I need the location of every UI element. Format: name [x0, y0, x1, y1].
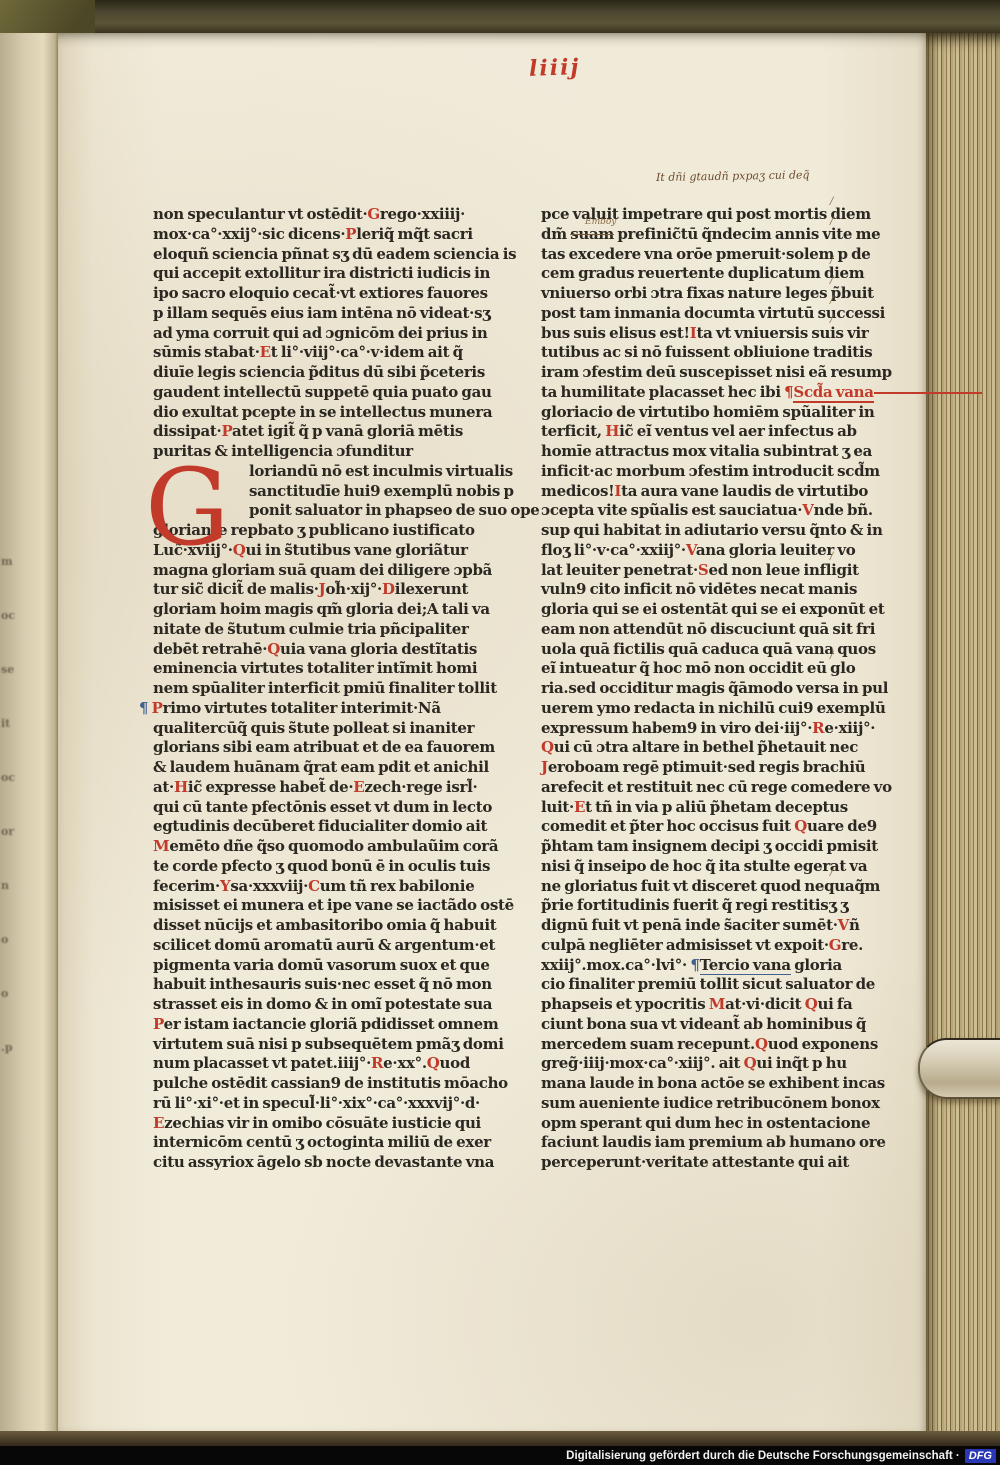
- binding-corner: [0, 0, 95, 33]
- text-line: nem spūaliter interficit pmiū finaliter …: [153, 679, 498, 699]
- text-line: habuit inthesauris suis·nec esset q̃ nō …: [153, 975, 498, 995]
- text-line: gaudent intellectū suppetē quia puato ga…: [153, 383, 498, 403]
- text-line: qualitercūq̃ quis s̃tute polleat si inan…: [153, 719, 498, 739]
- text-line: strasset eis in domo & in omĩ potestate …: [153, 995, 498, 1015]
- text-line: culpā negliēter admisisset vt expoit·Gre…: [541, 936, 884, 956]
- text-line: iram ɔfestim deū suscepisset nisi eã res…: [541, 363, 884, 383]
- folio-number: liiij: [529, 54, 581, 82]
- text-column-right: pce valuit impetrare qui post mortis die…: [541, 205, 884, 1173]
- mirrored-text-fragment: .p: [1, 1041, 17, 1054]
- text-line: inficit·ac morbum ɔfestim introducit scd…: [541, 462, 884, 482]
- margin-tick: /: [830, 295, 833, 306]
- text-line: rū li°·xi°·et in specul̃·li°·xix°·ca°·xx…: [153, 1094, 498, 1114]
- manuscript-page: liiij It dñi gtaudñ pxpaʒ cui deq̃ Emboy…: [58, 33, 926, 1431]
- text-line: scilicet domū aromatū aurū & argentum·et: [153, 936, 498, 956]
- mirrored-text-fragment: m: [1, 555, 17, 568]
- margin-tick: /: [830, 216, 833, 227]
- text-line: dignū fuit vt penā inde s̃aciter sumēt·V…: [541, 916, 884, 936]
- text-line: num placasset vt patet.iiij°·Re·xx°.Quod: [153, 1054, 498, 1074]
- text-line: eĩ intueatur q̃ hoc mō non occidit eū gl…: [541, 659, 884, 679]
- dfg-logo: DFG: [965, 1449, 996, 1463]
- text-line: expressum habem9 in viro dei·iij°·Re·xii…: [541, 719, 884, 739]
- text-line: citu assyriox āgelo sb nocte devastante …: [153, 1153, 498, 1173]
- text-line: p̃htam tam insignem decipi ʒ occidi pmis…: [541, 837, 884, 857]
- text-line: tutibus ac si nō fuissent obliuione trad…: [541, 343, 884, 363]
- text-line: non speculantur vt ostēdit·Grego·xxiiij·: [153, 205, 498, 225]
- mirrored-text-fragment: o: [1, 933, 17, 946]
- text-line: sum aueniente iudice retribucōnem bonox: [541, 1094, 884, 1114]
- text-line: Jeroboam regē ptimuit·sed regis brachiū: [541, 758, 884, 778]
- page-holder-clip: [918, 1038, 1000, 1099]
- text-line: terficit, Hic̃ eĩ ventus vel aer infectu…: [541, 422, 884, 442]
- text-line: dm̃ suam prefinic̃tū q̃ndecim annis vite…: [541, 225, 884, 245]
- text-line: medicos!Ita aura vane laudis de virtutib…: [541, 482, 884, 502]
- text-line: phapseis et ypocritis Mat·vi·dicit Qui f…: [541, 995, 884, 1015]
- margin-tick: /: [830, 255, 833, 266]
- text-line: bus suis elisus est!Ita vt vniuersis sui…: [541, 324, 884, 344]
- text-line: ta humilitate placasset hec ibi ¶Scd̃a v…: [541, 383, 884, 403]
- text-line: ad yma corruit qui ad ɔgnicōm dei prius …: [153, 324, 498, 344]
- margin-tick: /: [830, 867, 833, 878]
- text-line: vuln9 cito inficit nō vidētes necat mani…: [541, 580, 884, 600]
- margin-tick: /: [830, 196, 833, 207]
- text-line: opm sperant qui dum hec in ostentacione: [541, 1114, 884, 1134]
- text-line: eloquñ sciencia pñnat sʒ dū eadem scienc…: [153, 245, 498, 265]
- text-line: fecerim·Ysa·xxxviij·Cum tñ rex babilonie: [153, 877, 498, 897]
- text-line: ¶ Primo virtutes totaliter interimit·Nã: [153, 699, 498, 719]
- text-line: pigmenta varia domū vasorum suox et que: [153, 956, 498, 976]
- text-line: mox·ca°·xxij°·sic dicens·Pleriq̃ mq̃t sa…: [153, 225, 498, 245]
- margin-tick: /: [830, 551, 833, 562]
- margin-tick: /: [830, 314, 833, 325]
- text-line: faciunt laudis iam premium ab humano ore: [541, 1133, 884, 1153]
- digitization-credit: Digitalisierung gefördert durch die Deut…: [566, 1450, 960, 1462]
- text-line: internicōm centū ʒ octoginta miliū de ex…: [153, 1133, 498, 1153]
- text-line: ɔcepta vite spũalis est sauciatua·Vnde b…: [541, 501, 884, 521]
- mirrored-text-fragment: o: [1, 987, 17, 1000]
- book-fore-edge: [926, 33, 1000, 1445]
- text-line: p̃rie fortitudinis fuerit q̃ regi restit…: [541, 896, 884, 916]
- text-line: eam non attendūt nō discuciunt quā sit f…: [541, 620, 884, 640]
- text-line: & laudem huānam q̃rat eam pdit et anichi…: [153, 758, 498, 778]
- text-line: egtudinis decūberet fiducialiter domio a…: [153, 817, 498, 837]
- mirrored-text-fragment: oc: [1, 771, 17, 784]
- text-line: ipo sacro eloquio cecat̃·vt extiores fau…: [153, 284, 498, 304]
- text-line: at·Hic̃ expresse habet̃ de·Ezech·rege is…: [153, 778, 498, 798]
- text-line: Per istam iactancie gloriã pdidisset omn…: [153, 1015, 498, 1035]
- text-line: eminencia virtutes totaliter intĩmit hom…: [153, 659, 498, 679]
- text-line: gloriam hoim magis qm̃ gloria dei;A tali…: [153, 600, 498, 620]
- text-line: diuīe legis sciencia p̃ditus dū sibi p̃c…: [153, 363, 498, 383]
- text-line: homīe attractus mox vitalia subintrat ʒ …: [541, 442, 884, 462]
- book-top-edge: [0, 0, 1000, 33]
- text-line: nitate de s̃tutum culmie tria pñcipalite…: [153, 620, 498, 640]
- text-line: debēt retrahē·Quia vana gloria destĩtati…: [153, 640, 498, 660]
- text-line: disset nūcijs et ambasitoribo omia q̃ ha…: [153, 916, 498, 936]
- text-line: dio exultat pcepte in se intellectus mun…: [153, 403, 498, 423]
- text-line: misisset ei munera et ipe vane se iactãd…: [153, 896, 498, 916]
- mirrored-text-fragment: oc: [1, 609, 17, 622]
- text-line: xxiij°.mox.ca°·lvi°· ¶Tercio vana gloria: [541, 956, 884, 976]
- text-line: Qui cū ɔtra altare in bethel p̃hetauit n…: [541, 738, 884, 758]
- text-line: tur sic̃ dicit̃ de malis·Joh̃·xij°·Dilex…: [153, 580, 498, 600]
- mirrored-text-fragment: it: [1, 717, 17, 730]
- text-line: arefecit et restituit nec cū rege comede…: [541, 778, 884, 798]
- text-line: mana laude in bona actōe se exhibent inc…: [541, 1074, 884, 1094]
- text-line: uerem ymo redacta in nichilū cui9 exempl…: [541, 699, 884, 719]
- text-line: Ezechias vir in omibo cōsuāte iusticie q…: [153, 1114, 498, 1134]
- text-line: sūmis stabat·Et li°·viij°·ca°·v·idem ait…: [153, 343, 498, 363]
- text-line: ne gloriatus fuit vt disceret quod nequa…: [541, 877, 884, 897]
- text-line: ciunt bona sua vt videant̃ ab hominibus …: [541, 1015, 884, 1035]
- mirrored-text-fragment: or: [1, 825, 17, 838]
- text-line: qui cū tante pfectōnis esset vt dum in l…: [153, 798, 498, 818]
- text-line: gloria qui se ei ostentāt qui se ei expo…: [541, 600, 884, 620]
- text-line: pulche ostēdit cassian9 de institutis mō…: [153, 1074, 498, 1094]
- digitization-footer-bar: Digitalisierung gefördert durch die Deut…: [0, 1446, 1000, 1465]
- text-line: cio finaliter premiū tollit sicut saluat…: [541, 975, 884, 995]
- text-line: virtutem suā nisi p subsequētem pmãʒ dom…: [153, 1035, 498, 1055]
- text-line: perceperunt·veritate attestante qui ait: [541, 1153, 884, 1173]
- margin-tick: /: [830, 650, 833, 661]
- text-line: glorians sibi eam atribuat et de ea fauo…: [153, 738, 498, 758]
- marginal-annotation: It dñi gtaudñ pxpaʒ cui deq̃: [656, 167, 886, 184]
- facing-page-text-fragments: mocseitocornoo.p: [1, 555, 17, 1054]
- text-line: ria.sed occiditur magis q̃āmodo versa in…: [541, 679, 884, 699]
- text-line: sup qui habitat in adiutario versu q̃nto…: [541, 521, 884, 541]
- text-line: lat leuiter penetrat·Sed non leue inflig…: [541, 561, 884, 581]
- text-line: luit·Et tñ in via p aliū p̃hetam deceptu…: [541, 798, 884, 818]
- book-bottom-edge: [0, 1431, 1000, 1446]
- text-line: dissipat·Patet igit̃ q̃ p vanā gloriā mē…: [153, 422, 498, 442]
- rubricated-initial: G: [145, 455, 230, 561]
- text-line: te corde pfecto ʒ quod bonū ē in oculis …: [153, 857, 498, 877]
- text-line: p illam sequēs eius iam intēna nō videat…: [153, 304, 498, 324]
- text-line: gloriacio de virtutibo homiēm spũaliter …: [541, 403, 884, 423]
- text-line: Memēto dñe q̃so quomodo ambulaũim corã: [153, 837, 498, 857]
- mirrored-text-fragment: se: [1, 663, 17, 676]
- text-line: qui accepit extollitur ira districti iud…: [153, 264, 498, 284]
- scanned-book-page: mocseitocornoo.p liiij It dñi gtaudñ pxp…: [0, 0, 1000, 1465]
- text-line: comedit et p̃ter hoc occisus fuit Quare …: [541, 817, 884, 837]
- text-column-left: G non speculantur vt ostēdit·Grego·xxiii…: [153, 205, 498, 1173]
- text-line: mercedem suam recepunt.Quod exponens: [541, 1035, 884, 1055]
- margin-tick: /: [830, 275, 833, 286]
- text-line: greg̃·iiij·mox·ca°·xiij°. ait Qui inq̃t …: [541, 1054, 884, 1074]
- mirrored-text-fragment: n: [1, 879, 17, 892]
